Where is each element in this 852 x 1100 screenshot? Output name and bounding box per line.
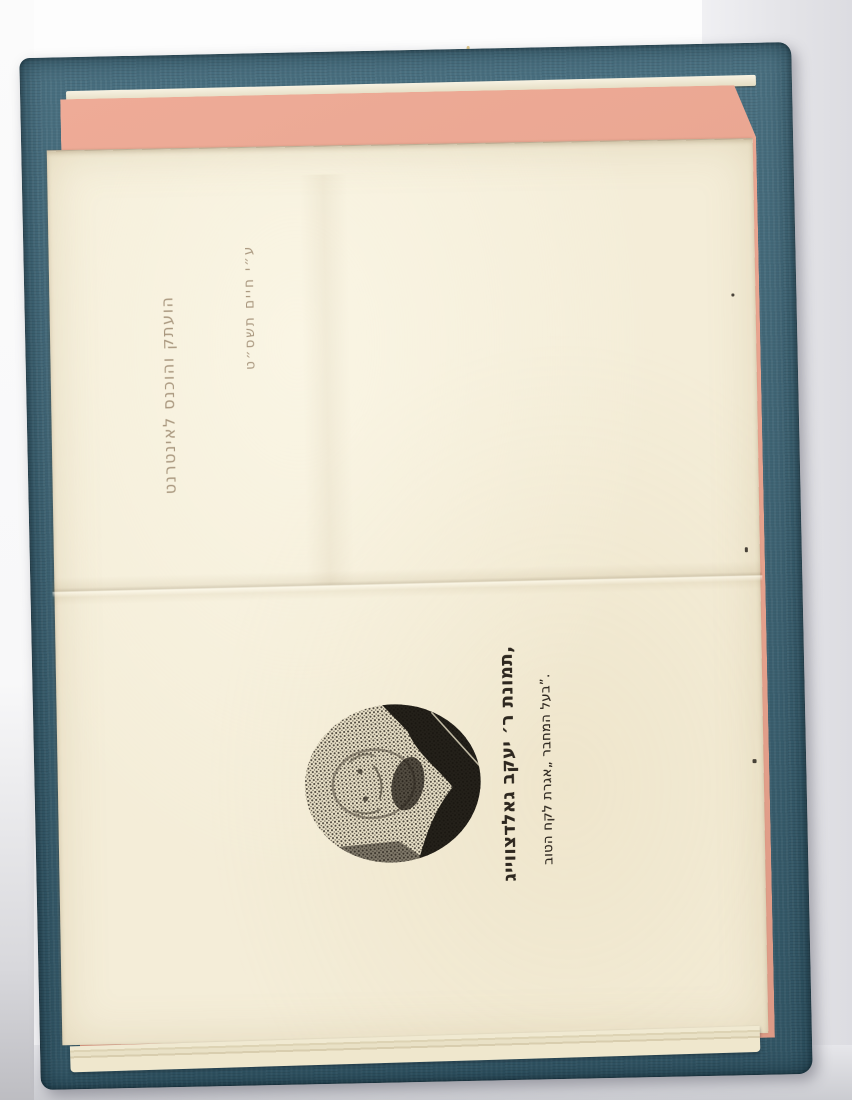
- portrait-halftone-image: [292, 691, 493, 878]
- showthrough-stamp-line-1: הועתק והוכנס לאינטרנט: [157, 295, 179, 494]
- dust-speck: [745, 547, 748, 552]
- book-scan: הועתק והוכנס לאינטרנט ע״י חיים תשס״ט: [0, 0, 852, 1100]
- open-page: הועתק והוכנס לאינטרנט ע״י חיים תשס״ט: [47, 138, 769, 1045]
- book-cover: הועתק והוכנס לאינטרנט ע״י חיים תשס״ט: [19, 42, 812, 1090]
- portrait-caption-line-2: בעל המחבר „אגרת לקח הטוב”.: [538, 673, 556, 864]
- oval-portrait-photo: [292, 691, 493, 878]
- portrait-caption-line-1: תמונת ר׳ יעקב גאלדצווייג,: [495, 645, 520, 881]
- page-fold-crease: [52, 561, 762, 606]
- showthrough-streak: [299, 174, 354, 585]
- dust-speck: [731, 293, 734, 296]
- dust-speck: [753, 759, 757, 763]
- showthrough-stamp-line-2: ע״י חיים תשס״ט: [240, 245, 258, 370]
